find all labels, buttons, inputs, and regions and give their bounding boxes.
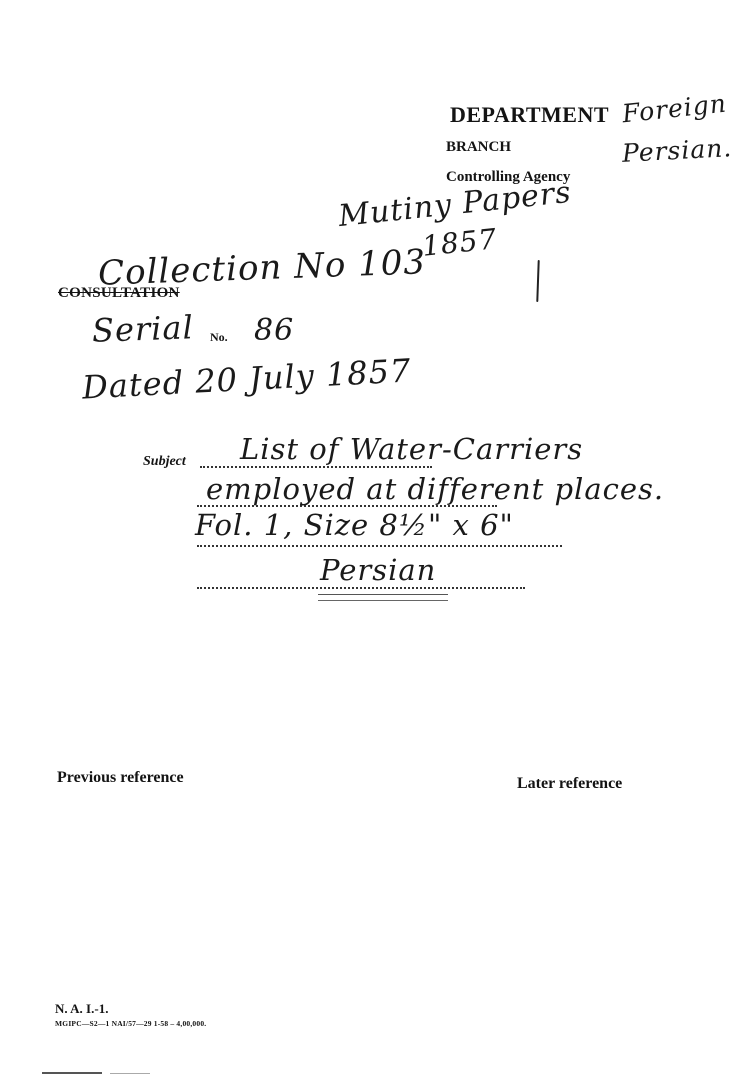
subject-line-1: List of Water-Carriers [240,432,583,466]
number-label: No. [210,330,228,345]
subject-dotted-line-3 [197,545,562,547]
branch-value-handwritten: Persian. [621,133,733,168]
double-underline [318,594,448,601]
subject-line-4: Persian [320,553,436,587]
subject-line-2: employed at different places. [206,472,664,506]
controlling-agency-year-handwritten: 1857 [420,222,498,263]
subject-line-3: Fol. 1, Size 8½" x 6" [195,508,514,542]
footer-rule-faint [110,1073,150,1074]
previous-reference-label: Previous reference [57,769,184,787]
subject-dotted-line-4 [197,587,525,589]
branch-label: BRANCH [446,139,511,156]
print-code: MGIPC—S2—1 NAI/57—29 1-58 – 4,00,000. [55,1019,206,1028]
date-handwritten: Dated 20 July 1857 [81,351,412,406]
bracket-mark [536,260,539,302]
form-id: N. A. I.-1. [55,1001,108,1017]
department-label: DEPARTMENT [450,102,609,128]
department-value-handwritten: Foreign [621,89,728,129]
footer-rule [42,1072,102,1074]
subject-label: Subject [143,454,186,470]
later-reference-label: Later reference [517,775,622,793]
serial-handwritten: Serial [91,308,194,350]
subject-dotted-line-1 [200,466,432,468]
serial-number-handwritten: 86 [254,313,294,348]
consultation-label-struck: CONSULTATION [58,285,180,302]
